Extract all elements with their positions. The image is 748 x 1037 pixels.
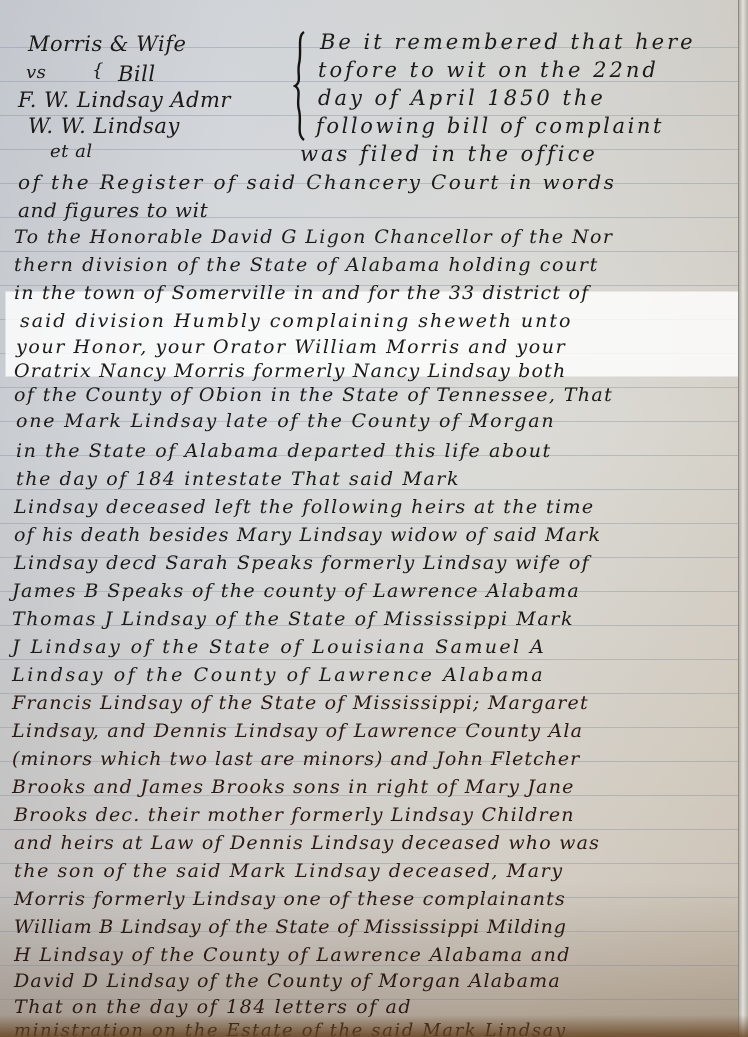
body-line: and heirs at Law of Dennis Lindsay decea… — [14, 834, 600, 853]
body-line: H Lindsay of the County of Lawrence Alab… — [14, 946, 571, 965]
preamble-line: day of April 1850 the — [318, 88, 606, 109]
body-line: J Lindsay of the State of Louisiana Samu… — [12, 638, 546, 657]
body-line: Lindsay of the County of Lawrence Alabam… — [12, 666, 545, 685]
body-line: the day of 184 intestate That said Mark — [16, 470, 460, 489]
body-line: Brooks dec. their mother formerly Lindsa… — [14, 806, 575, 825]
preamble-line: following bill of complaint — [316, 116, 664, 137]
body-line: Lindsay decd Sarah Speaks formerly Linds… — [14, 554, 590, 573]
body-line-highlighted: of the County of Obion in the State of T… — [14, 386, 613, 405]
body-line: of the Register of said Chancery Court i… — [18, 172, 616, 192]
case-caption-et-al: et al — [50, 141, 93, 162]
preamble-line: tofore to wit on the 22nd — [318, 60, 659, 81]
large-brace-icon — [293, 30, 307, 142]
body-line: Francis Lindsay of the State of Mississi… — [12, 694, 589, 713]
case-caption-versus: vs — [26, 62, 46, 83]
preamble-line: was filed in the office — [300, 144, 598, 165]
body-line: James B Speaks of the county of Lawrence… — [12, 582, 580, 601]
preamble-line: Be it remembered that here — [320, 32, 696, 53]
document-page: Morris & Wife vs { Bill F. W. Lindsay Ad… — [0, 0, 748, 1037]
body-line: Lindsay, and Dennis Lindsay of Lawrence … — [12, 722, 583, 741]
body-line: Morris formerly Lindsay one of these com… — [14, 890, 566, 909]
ledger-binding — [738, 0, 748, 1037]
body-line: of his death besides Mary Lindsay widow … — [14, 526, 601, 545]
body-line: the son of the said Mark Lindsay decease… — [14, 862, 564, 881]
body-line-highlighted: said division Humbly complaining sheweth… — [20, 312, 572, 331]
body-line: (minors which two last are minors) and J… — [12, 750, 580, 769]
body-line: and figures to wit — [18, 200, 208, 220]
case-caption-bill: Bill — [118, 62, 156, 86]
body-line: Lindsay deceased left the following heir… — [14, 498, 595, 517]
body-line: William B Lindsay of the State of Missis… — [14, 918, 567, 937]
body-line: Brooks and James Brooks sons in right of… — [12, 778, 575, 797]
case-caption-plaintiffs: Morris & Wife — [28, 32, 186, 56]
body-line: thern division of the State of Alabama h… — [14, 256, 599, 275]
small-brace-icon: { — [92, 60, 104, 81]
body-line: one Mark Lindsay late of the County of M… — [16, 412, 555, 431]
body-line: in the town of Somerville in and for the… — [14, 284, 589, 303]
body-line-highlighted: your Honor, your Orator William Morris a… — [16, 338, 566, 357]
body-line: in the State of Alabama departed this li… — [16, 442, 552, 461]
case-caption-defendant: W. W. Lindsay — [28, 114, 180, 138]
body-line: Thomas J Lindsay of the State of Mississ… — [12, 610, 574, 629]
page-bottom-stain — [0, 1015, 748, 1037]
case-caption-defendant-admr: F. W. Lindsay Admr — [18, 88, 231, 112]
body-line: David D Lindsay of the County of Morgan … — [14, 972, 561, 991]
body-line-highlighted: Oratrix Nancy Morris formerly Nancy Lind… — [14, 362, 566, 381]
body-line: To the Honorable David G Ligon Chancello… — [14, 228, 613, 247]
